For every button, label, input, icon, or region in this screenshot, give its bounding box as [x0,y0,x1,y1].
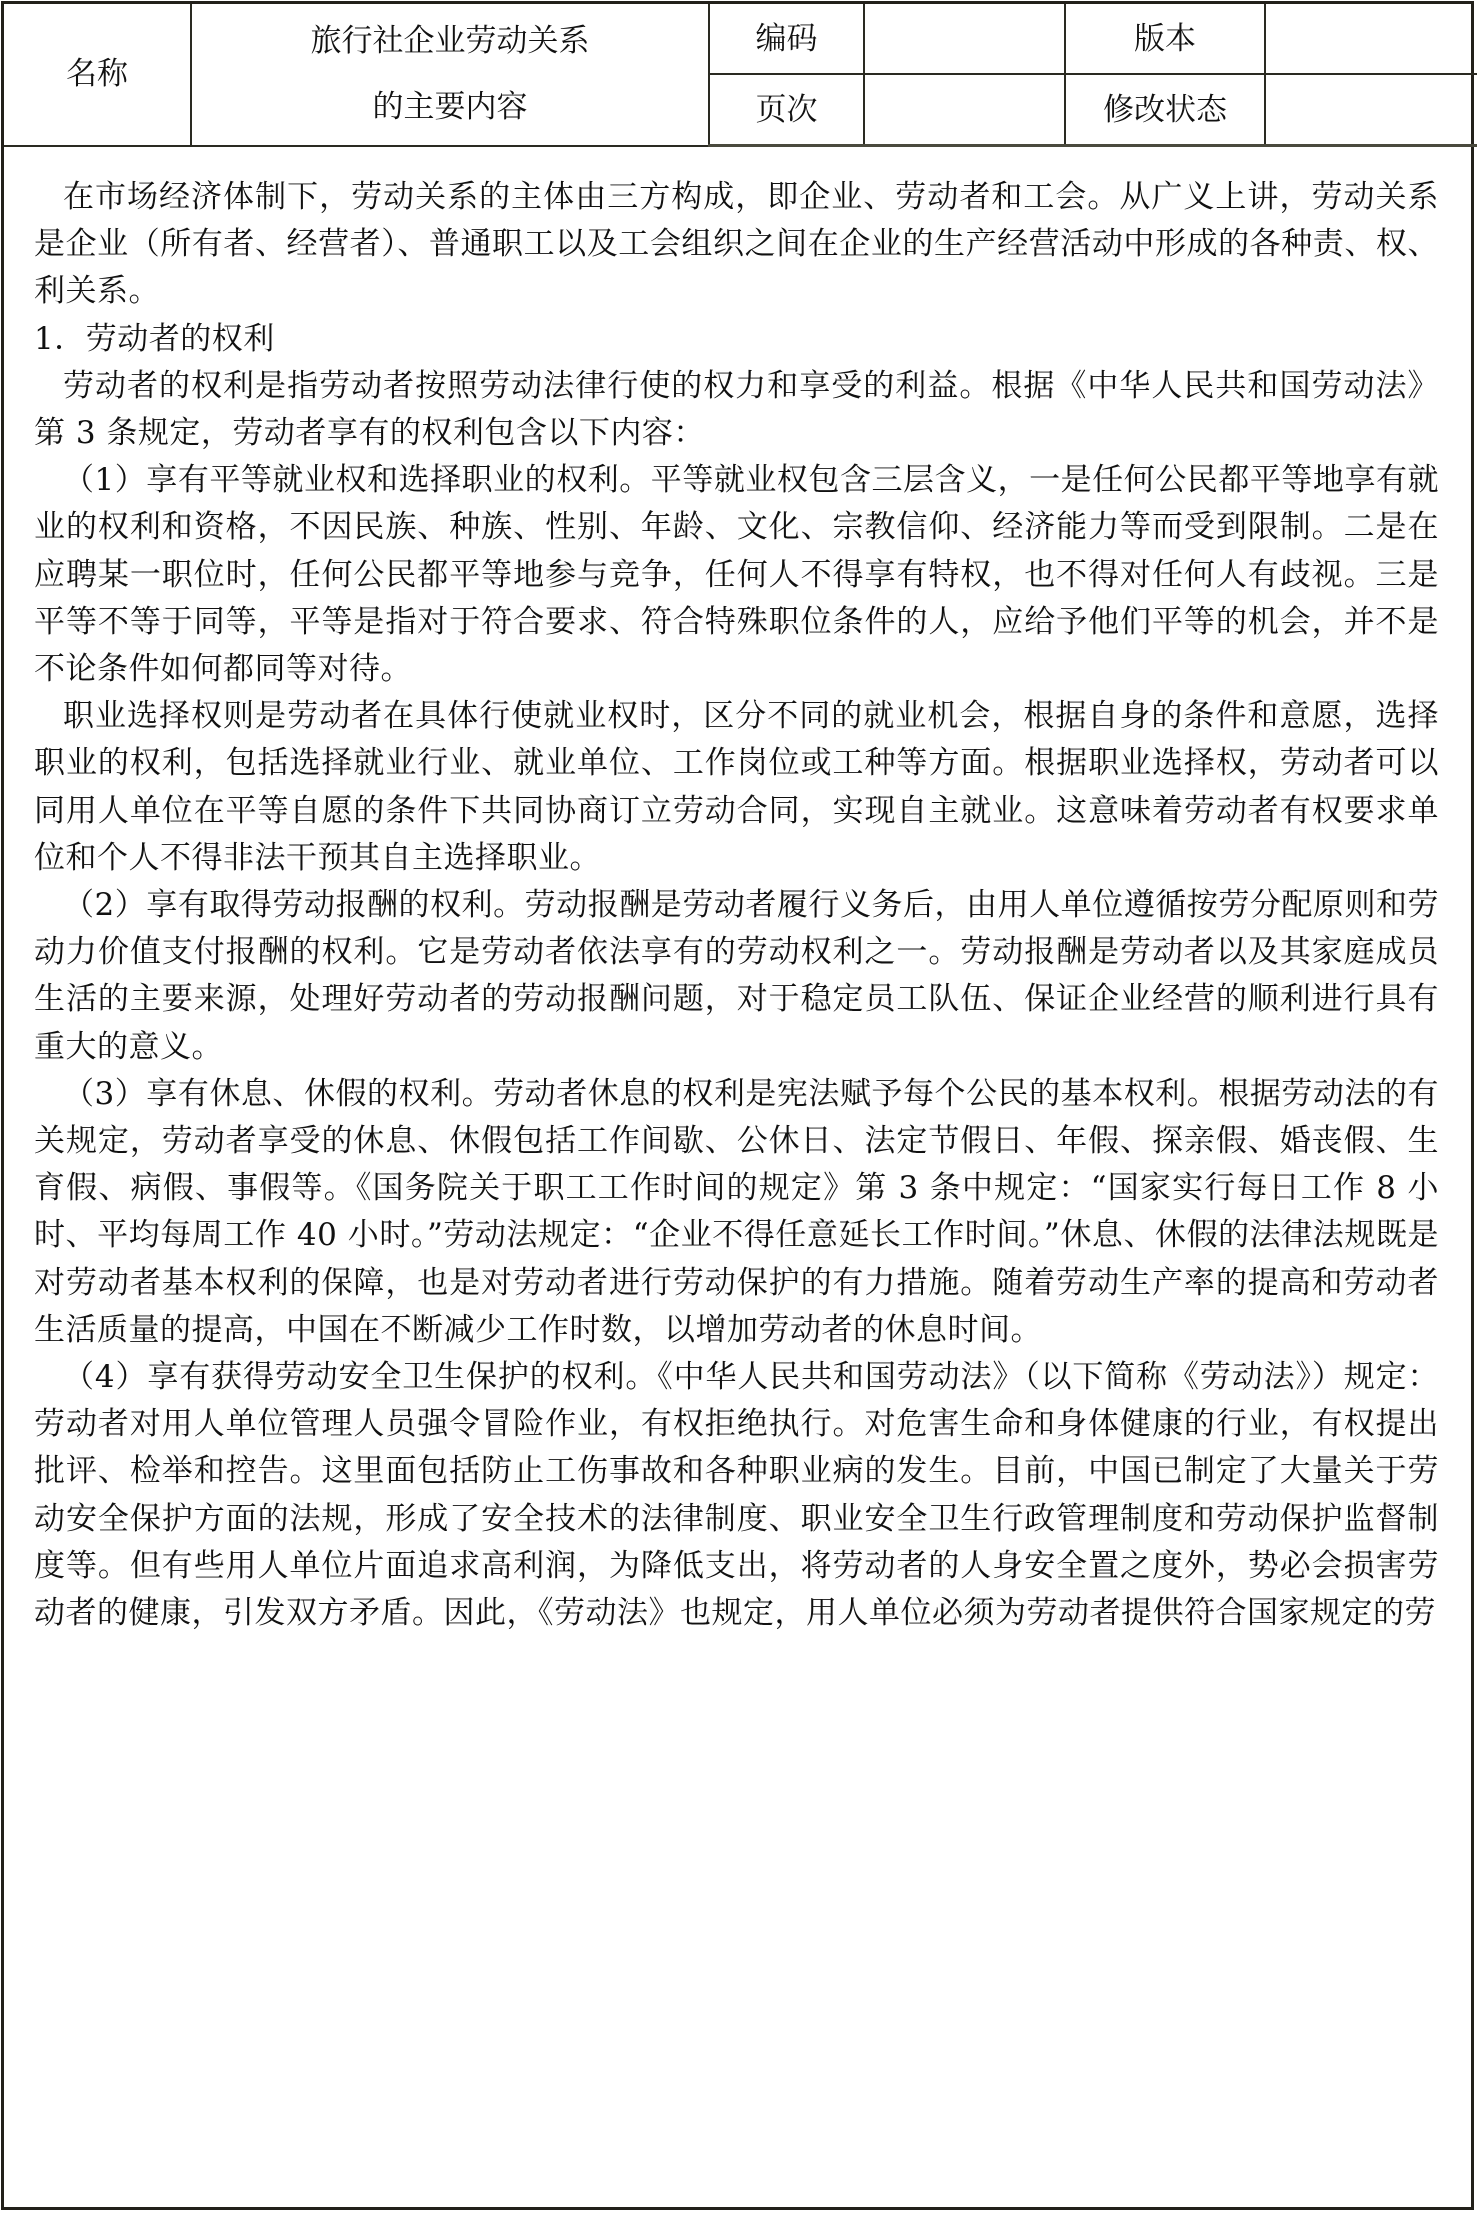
document-body: 在市场经济体制下，劳动关系的主体由三方构成，即企业、劳动者和工会。从广义上讲，劳… [4,148,1471,1637]
code-value [864,4,1065,74]
version-label: 版本 [1065,4,1265,74]
paragraph-right-1-employment: （1）享有平等就业权和选择职业的权利。平等就业权包含三层含义，一是任何公民都平等… [34,457,1439,693]
document-title: 旅行社企业劳动关系 的主要内容 [191,4,709,146]
paragraph-right-4-safety: （4）享有获得劳动安全卫生保护的权利。《中华人民共和国劳动法》（以下简称《劳动法… [34,1354,1439,1637]
page-label: 页次 [709,74,864,146]
paragraph-right-3-rest: （3）享有休息、休假的权利。劳动者休息的权利是宪法赋予每个公民的基本权利。根据劳… [34,1071,1439,1354]
revision-label: 修改状态 [1065,74,1265,146]
document-header-table: 名称 旅行社企业劳动关系 的主要内容 编码 版本 页次 修改状态 [4,4,1477,147]
version-value [1265,4,1477,74]
paragraph-right-2-remuneration: （2）享有取得劳动报酬的权利。劳动报酬是劳动者履行义务后，由用人单位遵循按劳分配… [34,882,1439,1071]
document-page: 名称 旅行社企业劳动关系 的主要内容 编码 版本 页次 修改状态 在市场经济体制… [1,1,1474,2210]
intro-paragraph: 在市场经济体制下，劳动关系的主体由三方构成，即企业、劳动者和工会。从广义上讲，劳… [34,174,1439,316]
section-heading-worker-rights: 1．劳动者的权利 [34,316,1439,363]
document-title-line1: 旅行社企业劳动关系 [192,8,708,74]
paragraph-career-choice: 职业选择权则是劳动者在具体行使就业权时，区分不同的就业机会，根据自身的条件和意愿… [34,693,1439,882]
paragraph-rights-definition: 劳动者的权利是指劳动者按照劳动法律行使的权力和享受的利益。根据《中华人民共和国劳… [34,363,1439,457]
revision-value [1265,74,1477,146]
document-title-line2: 的主要内容 [192,74,708,140]
code-label: 编码 [709,4,864,74]
page-value [864,74,1065,146]
name-label: 名称 [4,4,191,146]
